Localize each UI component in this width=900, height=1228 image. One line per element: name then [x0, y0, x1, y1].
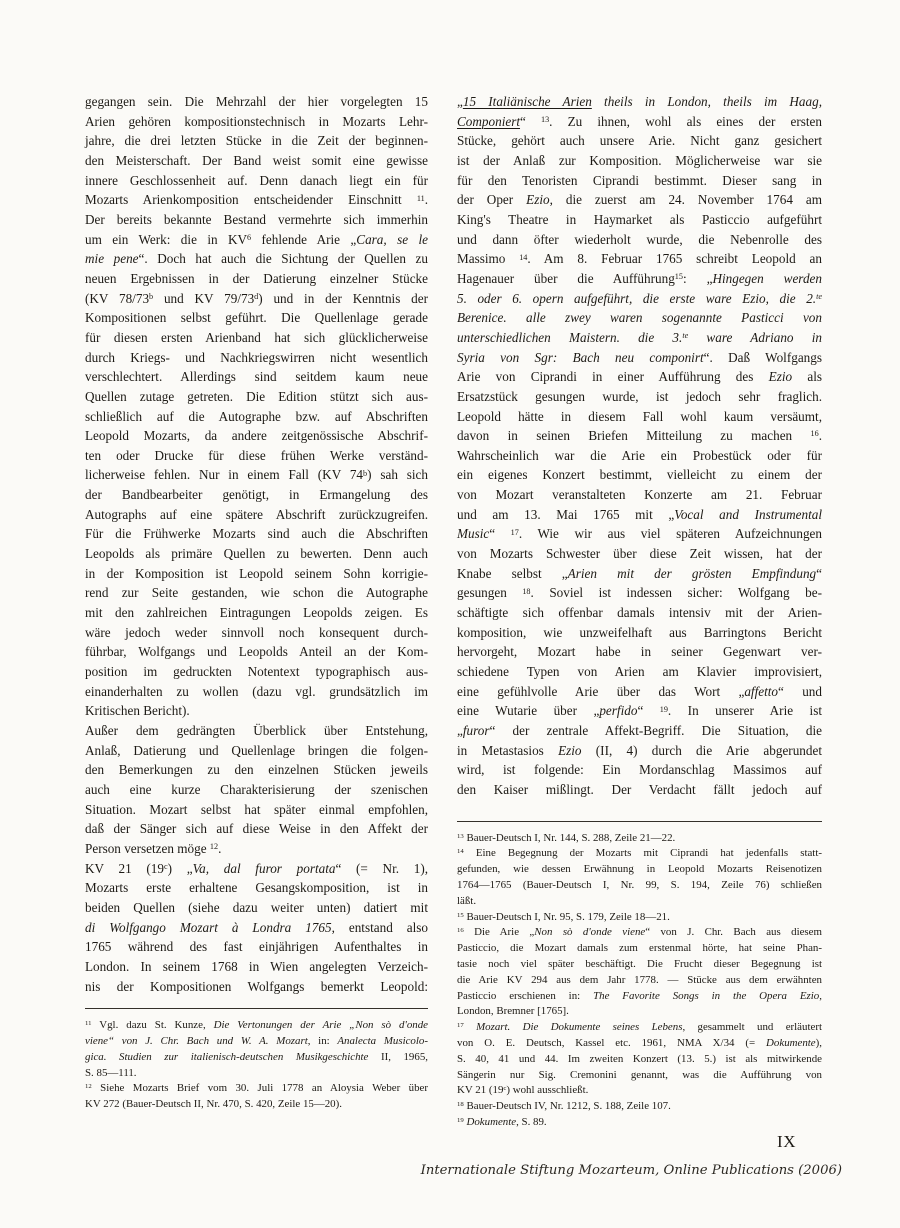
superscript-marker: d — [254, 292, 258, 301]
text-line: 1765 während des fast einjährigen Aufent… — [85, 937, 428, 957]
document-page: gegangen sein. Die Mehrzahl der hier vor… — [0, 0, 900, 1228]
text-segment: ) wohl ausschließt. — [506, 1084, 588, 1096]
superscript-marker: 6 — [247, 233, 251, 242]
text-line: KV 21 (19c) wohl ausschließt. — [457, 1083, 822, 1099]
paragraph: KV 21 (19c) „Va, dal furor portata“ (= N… — [85, 859, 428, 997]
text-line: Für die Frühwerke Mozarts sind auch die … — [85, 524, 428, 544]
text-segment: Bauer-Deutsch I, Nr. 95, S. 179, Zeile 1… — [464, 911, 670, 923]
text-segment: Berenice. alle zwey waren sogenannte Pas… — [457, 310, 822, 325]
text-segment: . Wie wir aus viel späteren Aufzeichnung… — [519, 526, 822, 541]
text-segment: II, 1965, — [368, 1051, 428, 1063]
text-line: komposition, wie unzweifelhaft aus Barri… — [457, 623, 822, 643]
text-segment: Stücke, gehört auch unsere Arie. Nicht g… — [457, 133, 822, 148]
text-segment: Arien mit der grösten Empfindung — [568, 566, 816, 581]
superscript-marker: 15 — [457, 912, 464, 919]
text-segment: . Soviel ist indessen sicher: Wolfgang b… — [531, 585, 822, 600]
text-line: Mozarts Arienkomposition entscheidender … — [85, 190, 428, 210]
text-segment: . In unserer Arie ist — [668, 703, 822, 718]
text-line: eine gefühlvolle Arie über das Wort „aff… — [457, 682, 822, 702]
text-segment: S. 40, 41 und 44. Im zweiten Konzert (13… — [457, 1053, 822, 1065]
text-segment: “. Daß Wolfgangs — [704, 350, 822, 365]
text-line: Music“ 17. Wie wir aus viel späteren Auf… — [457, 524, 822, 544]
text-line: gegangen sein. Die Mehrzahl der hier vor… — [85, 92, 428, 112]
superscript-marker: 18 — [457, 1101, 464, 1108]
text-line: unterschiedlichen Maistern. die 3.te war… — [457, 328, 822, 348]
text-segment: Arie von Ciprandi in einer Aufführung de… — [457, 369, 769, 384]
text-line: beiden Quellen (siehe dazu weiter unten)… — [85, 898, 428, 918]
text-line: 5. oder 6. opern aufgeführt, die erste w… — [457, 289, 822, 309]
text-segment: (KV 78/73 — [85, 291, 149, 306]
text-segment: . Am 8. Februar 1765 schreibt Leopold an — [527, 251, 822, 266]
right-column-body: „15 Italiänische Arien theils in London,… — [457, 92, 822, 800]
text-segment: ist der Anlaß zur Komposition. Möglicher… — [457, 153, 822, 168]
text-segment: beiden Quellen (siehe dazu weiter unten)… — [85, 900, 428, 915]
text-segment: “ — [816, 566, 822, 581]
paragraph: Außer dem gedrängten Überblick über Ents… — [85, 721, 428, 859]
text-line: Außer dem gedrängten Überblick über Ents… — [85, 721, 428, 741]
text-line: Stücke, gehört auch unsere Arie. Nicht g… — [457, 131, 822, 151]
text-line: Arien gehören kompositionstechnisch in M… — [85, 112, 428, 132]
text-segment: Die Arie „ — [464, 926, 535, 938]
text-segment: fehlende Arie „ — [251, 232, 356, 247]
text-segment: Vgl. dazu St. Kunze, — [92, 1019, 214, 1031]
text-segment: , — [819, 990, 822, 1002]
text-segment: Componiert — [457, 114, 520, 129]
text-segment: : „ — [683, 271, 712, 286]
text-line: 13 Bauer-Deutsch I, Nr. 144, S. 288, Zei… — [457, 831, 822, 847]
paragraph: gegangen sein. Die Mehrzahl der hier vor… — [85, 92, 428, 721]
text-segment: Vocal and Instrumental — [674, 507, 822, 522]
text-segment: Leopolds als primäre Quellen zu bewerten… — [85, 546, 428, 561]
text-segment: für den Tenoristen Ciprandi bestimmt. Di… — [457, 173, 822, 188]
text-segment: die Arie KV 294 aus dem Jahr 1778. — Stü… — [457, 974, 822, 986]
text-segment: Cara, se le — [356, 232, 428, 247]
text-segment: Anlaß, Datierung und Quellenlage bringen… — [85, 743, 428, 758]
text-segment: S. 85—111. — [85, 1067, 137, 1079]
text-line: nis der Kompositionen Wolfgangs bemerkt … — [85, 977, 428, 997]
superscript-marker: 18 — [522, 587, 530, 596]
text-line: von Mozarts Schwester über diese Zeit wi… — [457, 544, 822, 564]
left-column: gegangen sein. Die Mehrzahl der hier vor… — [85, 92, 428, 1113]
text-line: Sängerin nur Sig. Cremonini genannt, was… — [457, 1068, 822, 1084]
text-segment: Mozart. Die Dokumente seines Lebens — [476, 1021, 682, 1033]
text-line: position im gedruckten Notentext typogra… — [85, 662, 428, 682]
text-segment: daß der Sänger sich auf diese Weise in d… — [85, 821, 428, 836]
footnote: 13 Bauer-Deutsch I, Nr. 144, S. 288, Zei… — [457, 831, 822, 847]
text-segment: , in: — [308, 1035, 338, 1047]
text-line: durch Kriegs- und Nachkriegswirren nicht… — [85, 348, 428, 368]
text-line: jahre, die drei letzten Stücke in die Ze… — [85, 131, 428, 151]
paragraph: „15 Italiänische Arien theils in London,… — [457, 92, 822, 800]
text-line: 18 Bauer-Deutsch IV, Nr. 1212, S. 188, Z… — [457, 1099, 822, 1115]
text-line: eine Wutarie über „perfido“ 19. In unser… — [457, 701, 822, 721]
text-segment: ) „ — [168, 861, 193, 876]
text-segment: Arien gehören kompositionstechnisch in M… — [85, 114, 428, 129]
text-segment: eine gefühlvolle Arie über das Wort „ — [457, 684, 744, 699]
text-segment: di Wolfgango Mozart à Londra 1765 — [85, 920, 332, 935]
footnote-separator — [457, 821, 822, 822]
text-line: Hagenauer über die Aufführung15: „Hingeg… — [457, 269, 822, 289]
text-line: schließlich auf die Autographe bzw. auf … — [85, 407, 428, 427]
text-line: 1764—1765 (Bauer-Deutsch I, Nr. 99, S. 1… — [457, 878, 822, 894]
text-line: KV 272 (Bauer-Deutsch II, Nr. 470, S. 42… — [85, 1097, 428, 1113]
text-line: 19 Dokumente, S. 89. — [457, 1115, 822, 1131]
superscript-marker: b — [149, 292, 153, 301]
text-line: in Metastasios Ezio (II, 4) durch die Ar… — [457, 741, 822, 761]
text-line: und am 13. Mai 1765 mit „Vocal and Instr… — [457, 505, 822, 525]
text-segment: Siehe Mozarts Brief vom 30. Juli 1778 an… — [92, 1082, 428, 1094]
text-line: daß der Sänger sich auf diese Weise in d… — [85, 819, 428, 839]
text-segment: position im gedruckten Notentext typogra… — [85, 664, 428, 679]
text-segment: ein eigenes Konzert bestimmt, vielleicht… — [457, 467, 822, 482]
text-line: gica. Studien zur italienisch-deutschen … — [85, 1050, 428, 1066]
text-line: Anlaß, Datierung und Quellenlage bringen… — [85, 741, 428, 761]
text-line: Quellen zutage getreten. Die Edition stü… — [85, 387, 428, 407]
left-column-body: gegangen sein. Die Mehrzahl der hier vor… — [85, 92, 428, 996]
text-segment: Analecta Musicolo- — [337, 1035, 428, 1047]
text-line: von Mozart veranstalteten Konzerte am 21… — [457, 485, 822, 505]
footnote: 11 Vgl. dazu St. Kunze, Die Vertonungen … — [85, 1018, 428, 1081]
text-segment: Massimo — [457, 251, 519, 266]
text-line: auch eine kurze Charakterisierung der sz… — [85, 780, 428, 800]
footnote: 14 Eine Begegnung der Mozarts mit Cipran… — [457, 846, 822, 909]
text-line: ten oder Drucke für diese frühen Werke v… — [85, 446, 428, 466]
text-segment: King's Theatre in Haymarket als Pasticci… — [457, 212, 822, 227]
text-segment: für diesen ersten Arienband hat sich glü… — [85, 330, 428, 345]
right-column-footnotes: 13 Bauer-Deutsch I, Nr. 144, S. 288, Zei… — [457, 831, 822, 1131]
left-column-footnotes: 11 Vgl. dazu St. Kunze, Die Vertonungen … — [85, 1018, 428, 1113]
text-segment: Die Vertonungen der Arie „Non sò d'onde — [214, 1019, 428, 1031]
text-line: gefunden, wie dessen Erwähnung in Leopol… — [457, 862, 822, 878]
superscript-marker: c — [503, 1085, 506, 1092]
text-line: für den Tenoristen Ciprandi bestimmt. Di… — [457, 171, 822, 191]
text-line: Componiert“ 13. Zu ihnen, wohl als eines… — [457, 112, 822, 132]
text-line: tasie noch viel später beschäftigt. Die … — [457, 957, 822, 973]
text-line: gesungen 18. Soviel ist indessen sicher:… — [457, 583, 822, 603]
text-line: um ein Werk: die in KV6 fehlende Arie „C… — [85, 230, 428, 250]
superscript-marker: 17 — [511, 528, 519, 537]
text-line: licherweise fehlen. Nur in einem Fall (K… — [85, 465, 428, 485]
text-line: für diesen ersten Arienband hat sich glü… — [85, 328, 428, 348]
text-segment: führbar, Wolfgangs und Leopolds Anteil a… — [85, 644, 428, 659]
text-line: davon in seinen Briefen Mitteilung zu ma… — [457, 426, 822, 446]
text-line: Berenice. alle zwey waren sogenannte Pas… — [457, 308, 822, 328]
text-segment: innere Geschlossenheit auf. Denn danach … — [85, 173, 428, 188]
text-segment: den Kaiser mißlingt. Der Verdacht fällt … — [457, 782, 822, 797]
text-segment: Der bereits bekannte Bestand vermehrte s… — [85, 212, 428, 227]
text-segment: auch eine kurze Charakterisierung der sz… — [85, 782, 428, 797]
text-segment: mit den zahlreichen Eintragungen Leopold… — [85, 605, 428, 620]
text-line: Leopold Mozarts, da andere zeitgenössisc… — [85, 426, 428, 446]
text-line: 12 Siehe Mozarts Brief vom 30. Juli 1778… — [85, 1081, 428, 1097]
text-segment: . — [425, 192, 428, 207]
text-segment: tasie noch viel später beschäftigt. Die … — [457, 958, 822, 970]
text-line: ist der Anlaß zur Komposition. Möglicher… — [457, 151, 822, 171]
text-segment: Dokumente — [466, 1116, 516, 1128]
text-line: 11 Vgl. dazu St. Kunze, Die Vertonungen … — [85, 1018, 428, 1034]
text-segment: ), — [816, 1037, 822, 1049]
text-segment: von Mozarts Schwester über diese Zeit wi… — [457, 546, 822, 561]
text-segment: . — [819, 428, 822, 443]
text-segment: “ von J. Chr. Bach aus diesem — [645, 926, 822, 938]
superscript-marker: 13 — [457, 833, 464, 840]
text-segment: “ — [520, 114, 541, 129]
footnote: 15 Bauer-Deutsch I, Nr. 95, S. 179, Zeil… — [457, 910, 822, 926]
text-line: innere Geschlossenheit auf. Denn danach … — [85, 171, 428, 191]
superscript-marker: 19 — [660, 705, 668, 714]
text-segment: 1764—1765 (Bauer-Deutsch I, Nr. 99, S. 1… — [457, 879, 822, 891]
text-segment: Leopold hätte in diesem Fall wohl kaum v… — [457, 409, 822, 424]
footnote-separator — [85, 1008, 428, 1009]
text-segment: Ezio — [769, 369, 792, 384]
text-segment: der Bandbearbeiter genötigt, in Ermangel… — [85, 487, 428, 502]
text-segment: Pasticcio erschienen in: — [457, 990, 593, 1002]
text-segment: gegangen sein. Die Mehrzahl der hier vor… — [85, 94, 428, 109]
text-segment: furor — [463, 723, 490, 738]
text-segment: 5. oder 6. opern aufgeführt, die erste w… — [457, 291, 816, 306]
text-segment: “ (= Nr. 1), — [335, 861, 428, 876]
text-segment: durch Kriegs- und Nachkriegswirren nicht… — [85, 350, 428, 365]
text-segment: Knabe selbst „ — [457, 566, 568, 581]
text-segment: (II, 4) durch die Arie abgerundet — [582, 743, 822, 758]
text-line: wird, ist folgende: Ein Mordanschlag Mas… — [457, 760, 822, 780]
text-line: den Bemerkungen zu den einzelnen Stücken… — [85, 760, 428, 780]
text-segment: ten oder Drucke für diese frühen Werke v… — [85, 448, 428, 463]
text-segment: perfido — [599, 703, 637, 718]
footnote: 12 Siehe Mozarts Brief vom 30. Juli 1778… — [85, 1081, 428, 1113]
text-segment: , die zuerst am 24. November 1764 am — [550, 192, 822, 207]
text-segment: den Bemerkungen zu den einzelnen Stücken… — [85, 762, 428, 777]
text-line: Der bereits bekannte Bestand vermehrte s… — [85, 210, 428, 230]
text-segment: “ — [637, 703, 659, 718]
text-line: (KV 78/73b und KV 79/73d) und in der Ken… — [85, 289, 428, 309]
text-segment: nis der Kompositionen Wolfgangs bemerkt … — [85, 979, 428, 994]
text-segment: affetto — [744, 684, 778, 699]
text-line: S. 85—111. — [85, 1066, 428, 1082]
superscript-marker: 13 — [541, 115, 549, 124]
text-line: führbar, Wolfgangs und Leopolds Anteil a… — [85, 642, 428, 662]
text-segment: wird, ist folgende: Ein Mordanschlag Mas… — [457, 762, 822, 777]
text-segment: unterschiedlichen Maistern. die 3. — [457, 330, 682, 345]
text-segment: Non sò d'onde viene — [534, 926, 645, 938]
text-line: schiedene Typen von Arien am Klavier imp… — [457, 662, 822, 682]
superscript-marker: c — [164, 862, 168, 871]
footnote: 16 Die Arie „Non sò d'onde viene“ von J.… — [457, 925, 822, 1020]
text-line: verschlechtert. Allerdings sind seitdem … — [85, 367, 428, 387]
text-line: der Oper Ezio, die zuerst am 24. Novembe… — [457, 190, 822, 210]
text-segment: Pasticcio, die Mozart damals zum erstenm… — [457, 942, 822, 954]
text-segment: Eine Begegnung der Mozarts mit Ciprandi … — [464, 847, 822, 859]
text-line: den Meisterschaft. Der Band weist somit … — [85, 151, 428, 171]
text-segment: der Oper — [457, 192, 526, 207]
text-line: neuen Ergebnissen in der Datierung einze… — [85, 269, 428, 289]
text-segment: Sängerin nur Sig. Cremonini genannt, was… — [457, 1069, 822, 1081]
superscript-marker: b — [363, 469, 367, 478]
text-segment: . Zu ihnen, wohl als eines der ersten — [549, 114, 822, 129]
text-line: Ersatzstück gesungen wurde, ist jedoch s… — [457, 387, 822, 407]
text-line: mit den zahlreichen Eintragungen Leopold… — [85, 603, 428, 623]
text-line: den Kaiser mißlingt. Der Verdacht fällt … — [457, 780, 822, 800]
text-line: Massimo 14. Am 8. Februar 1765 schreibt … — [457, 249, 822, 269]
superscript-marker: te — [816, 292, 822, 301]
text-line: die Arie KV 294 aus dem Jahr 1778. — Stü… — [457, 973, 822, 989]
text-segment: The Favorite Songs in the Opera Ezio — [593, 990, 819, 1002]
text-segment: Kompositionen selbst geführt. Die Quelle… — [85, 310, 428, 325]
text-line: Kompositionen selbst geführt. Die Quelle… — [85, 308, 428, 328]
text-segment: Va, dal furor portata — [193, 861, 336, 876]
superscript-marker: 16 — [457, 927, 464, 934]
text-segment: KV 21 (19 — [85, 861, 164, 876]
text-segment: jahre, die drei letzten Stücke in die Ze… — [85, 133, 428, 148]
superscript-marker: 12 — [210, 842, 218, 851]
text-line: Arie von Ciprandi in einer Aufführung de… — [457, 367, 822, 387]
text-segment: viene“ von J. Chr. Bach und W. A. Mozart — [85, 1035, 308, 1047]
text-line: London, Bremner [1765]. — [457, 1004, 822, 1020]
text-line: 15 Bauer-Deutsch I, Nr. 95, S. 179, Zeil… — [457, 910, 822, 926]
superscript-marker: 15 — [675, 272, 683, 281]
text-segment: London. In seinem 1768 in Wien angelegte… — [85, 959, 428, 974]
text-segment: eine Wutarie über „ — [457, 703, 599, 718]
text-segment: “ der zentrale Affekt-Begriff. Die Situa… — [490, 723, 823, 738]
text-line: „15 Italiänische Arien theils in London,… — [457, 92, 822, 112]
text-line: Pasticcio, die Mozart damals zum erstenm… — [457, 941, 822, 957]
text-line: Syria von Sgr: Bach neu componirt“. Daß … — [457, 348, 822, 368]
text-segment: theils in London, theils im Haag, — [592, 94, 822, 109]
right-column: „15 Italiänische Arien theils in London,… — [457, 92, 822, 1131]
text-segment: Leopold Mozarts, da andere zeitgenössisc… — [85, 428, 428, 443]
text-segment: Wahrscheinlich war die Arie ein Probestü… — [457, 448, 822, 463]
text-segment: Für die Frühwerke Mozarts sind auch die … — [85, 526, 428, 541]
superscript-marker: 14 — [457, 848, 464, 855]
text-segment: gesungen — [457, 585, 522, 600]
text-line: und dann öfter wiederholt wurde, die Neb… — [457, 230, 822, 250]
text-line: wäre jedoch weder sinnvoll noch konseque… — [85, 623, 428, 643]
text-segment: davon in seinen Briefen Mitteilung zu ma… — [457, 428, 811, 443]
superscript-marker: 17 — [457, 1022, 464, 1029]
text-segment: “ und — [778, 684, 822, 699]
text-line: von O. E. Deutsch, Kassel etc. 1961, NMA… — [457, 1036, 822, 1052]
text-segment: in der Komposition ist Leopold seinem So… — [85, 566, 428, 581]
text-line: Wahrscheinlich war die Arie ein Probestü… — [457, 446, 822, 466]
text-segment: KV 21 (19 — [457, 1084, 503, 1096]
superscript-marker: 11 — [417, 194, 425, 203]
text-segment: Hingegen werden — [712, 271, 822, 286]
text-segment: Syria von Sgr: Bach neu componirt — [457, 350, 704, 365]
text-segment: von Mozart veranstalteten Konzerte am 21… — [457, 487, 822, 502]
text-line: Mozarts erste erhaltene Gesangskompositi… — [85, 878, 428, 898]
text-line: einanderhalten zu wollen (dazu vgl. grun… — [85, 682, 428, 702]
text-segment: Ezio — [558, 743, 581, 758]
text-segment: neuen Ergebnissen in der Datierung einze… — [85, 271, 428, 286]
text-segment: Person versetzen möge — [85, 841, 210, 856]
text-segment: Dokumente — [766, 1037, 816, 1049]
text-line: ein eigenes Konzert bestimmt, vielleicht… — [457, 465, 822, 485]
text-segment: rend zur Seite gestanden, wie schon die … — [85, 585, 428, 600]
superscript-marker: te — [682, 331, 688, 340]
text-segment: Außer dem gedrängten Überblick über Ents… — [85, 723, 428, 738]
page-number: IX — [777, 1132, 796, 1152]
text-segment: Bauer-Deutsch I, Nr. 144, S. 288, Zeile … — [464, 832, 676, 844]
text-segment: um ein Werk: die in KV — [85, 232, 247, 247]
text-line: di Wolfgango Mozart à Londra 1765, entst… — [85, 918, 428, 938]
text-segment: verschlechtert. Allerdings sind seitdem … — [85, 369, 428, 384]
text-segment: , gesammelt und erläutert — [682, 1021, 822, 1033]
text-segment: London, Bremner [1765]. — [457, 1005, 569, 1017]
text-segment: läßt. — [457, 895, 476, 907]
text-segment: schiedene Typen von Arien am Klavier imp… — [457, 664, 822, 679]
text-segment — [464, 1021, 476, 1033]
text-segment: einanderhalten zu wollen (dazu vgl. grun… — [85, 684, 428, 699]
text-segment: hervorgeht, Mozart habe in seiner Gegenw… — [457, 644, 822, 659]
text-segment: mie pene — [85, 251, 139, 266]
text-line: rend zur Seite gestanden, wie schon die … — [85, 583, 428, 603]
text-segment: Music — [457, 526, 489, 541]
text-segment: Ezio — [526, 192, 549, 207]
text-segment: und am 13. Mai 1765 mit „ — [457, 507, 674, 522]
text-segment: Ersatzstück gesungen wurde, ist jedoch s… — [457, 389, 822, 404]
text-line: läßt. — [457, 894, 822, 910]
text-line: Situation. Mozart selbst hat später einm… — [85, 800, 428, 820]
text-segment: licherweise fehlen. Nur in einem Fall (K… — [85, 467, 363, 482]
text-segment: , S. 89. — [516, 1116, 547, 1128]
text-segment: Autographs auf eine spätere Abschrift zu… — [85, 507, 428, 522]
text-segment: von O. E. Deutsch, Kassel etc. 1961, NMA… — [457, 1037, 766, 1049]
superscript-marker: 11 — [85, 1020, 92, 1027]
text-segment: ware Adriano in — [688, 330, 822, 345]
text-segment: . — [218, 841, 221, 856]
text-segment: KV 272 (Bauer-Deutsch II, Nr. 470, S. 42… — [85, 1098, 342, 1110]
text-line: viene“ von J. Chr. Bach und W. A. Mozart… — [85, 1034, 428, 1050]
text-segment: schäftigte sich offenbar damals intensiv… — [457, 605, 822, 620]
footer-credit: Internationale Stiftung Mozarteum, Onlin… — [421, 1163, 842, 1178]
text-segment: “. Doch hat auch die Sichtung der Quelle… — [139, 251, 428, 266]
text-line: KV 21 (19c) „Va, dal furor portata“ (= N… — [85, 859, 428, 879]
text-line: schäftigte sich offenbar damals intensiv… — [457, 603, 822, 623]
text-line: Autographs auf eine spätere Abschrift zu… — [85, 505, 428, 525]
text-segment: Situation. Mozart selbst hat später einm… — [85, 802, 428, 817]
text-segment: Mozarts erste erhaltene Gesangskompositi… — [85, 880, 428, 895]
text-segment: gica. Studien zur italienisch-deutschen … — [85, 1051, 368, 1063]
superscript-marker: 16 — [811, 429, 819, 438]
superscript-marker: 12 — [85, 1083, 92, 1090]
text-line: 14 Eine Begegnung der Mozarts mit Cipran… — [457, 846, 822, 862]
text-line: Knabe selbst „Arien mit der grösten Empf… — [457, 564, 822, 584]
text-segment: gefunden, wie dessen Erwähnung in Leopol… — [457, 863, 822, 875]
text-line: London. In seinem 1768 in Wien angelegte… — [85, 957, 428, 977]
footnote: 17 Mozart. Die Dokumente seines Lebens, … — [457, 1020, 822, 1099]
text-segment: , entstand also — [332, 920, 428, 935]
text-segment: Hagenauer über die Aufführung — [457, 271, 675, 286]
text-segment: und dann öfter wiederholt wurde, die Neb… — [457, 232, 822, 247]
text-segment: Kritischen Bericht). — [85, 703, 190, 718]
text-line: King's Theatre in Haymarket als Pasticci… — [457, 210, 822, 230]
text-line: S. 40, 41 und 44. Im zweiten Konzert (13… — [457, 1052, 822, 1068]
text-segment: Bauer-Deutsch IV, Nr. 1212, S. 188, Zeil… — [464, 1100, 671, 1112]
text-line: „furor“ der zentrale Affekt-Begriff. Die… — [457, 721, 822, 741]
text-segment: Mozarts Arienkomposition entscheidender … — [85, 192, 417, 207]
text-segment: und KV 79/73 — [153, 291, 254, 306]
text-segment: komposition, wie unzweifelhaft aus Barri… — [457, 625, 822, 640]
text-segment: Quellen zutage getreten. Die Edition stü… — [85, 389, 428, 404]
footnote: 19 Dokumente, S. 89. — [457, 1115, 822, 1131]
text-segment: den Meisterschaft. Der Band weist somit … — [85, 153, 428, 168]
text-segment: ) sah sich — [367, 467, 428, 482]
text-segment: als — [792, 369, 822, 384]
text-segment: “ — [489, 526, 510, 541]
text-line: Pasticcio erschienen in: The Favorite So… — [457, 989, 822, 1005]
text-line: 17 Mozart. Die Dokumente seines Lebens, … — [457, 1020, 822, 1036]
text-line: 16 Die Arie „Non sò d'onde viene“ von J.… — [457, 925, 822, 941]
